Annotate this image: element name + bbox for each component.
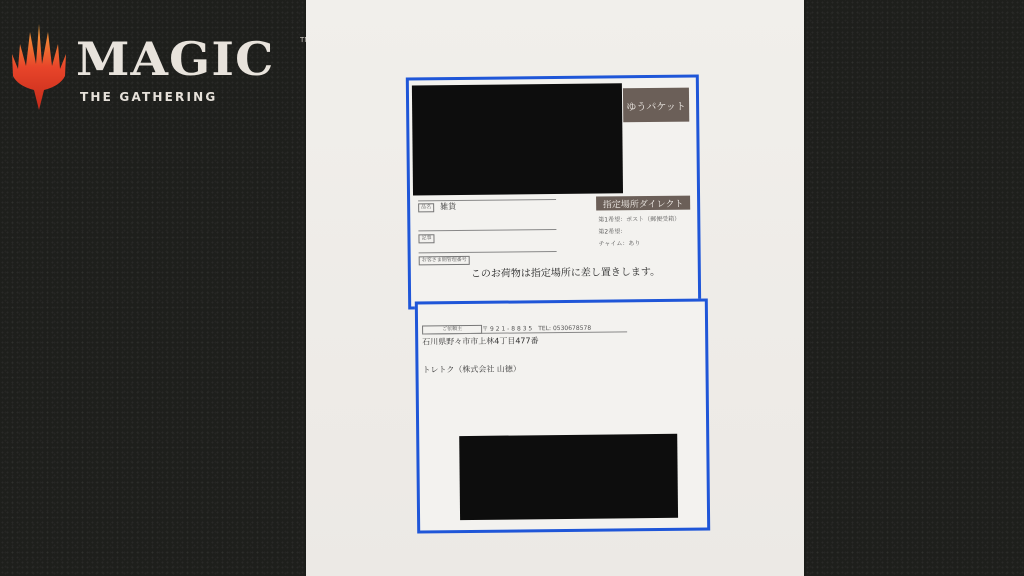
- redacted-barcode-block: [459, 434, 678, 520]
- logo-subtitle: THE GATHERING: [80, 90, 217, 104]
- chime-setting: チャイム：あり: [598, 238, 640, 247]
- item-value: 雑貨: [440, 201, 456, 212]
- note-label: 記事: [418, 234, 434, 243]
- reference-label: お客さま側管理番号: [419, 256, 470, 266]
- redacted-recipient-block: [412, 83, 623, 195]
- delivery-notice: このお荷物は指定場所に差し置きします。: [471, 263, 660, 280]
- planeswalker-crest-icon: [10, 24, 68, 112]
- magic-the-gathering-logo: MAGIC TM THE GATHERING: [10, 22, 310, 112]
- delivery-preference-2: 第2希望：: [598, 226, 626, 235]
- divider-line: [418, 199, 556, 201]
- shipping-label-bottom: ご依頼主 〒 9 2 1 - 8 8 3 5 TEL: 0530678578 石…: [415, 298, 710, 533]
- divider-line: [419, 251, 557, 253]
- divider-line: [418, 229, 556, 231]
- delivery-preference-1: 第1希望：ポスト（郵便受箱）: [598, 214, 680, 224]
- sender-company: トレトク（株式会社 山徳）: [422, 363, 521, 375]
- logo-wordmark: MAGIC: [76, 36, 274, 82]
- sender-address: 石川県野々市市上林4丁目477番: [422, 335, 538, 347]
- service-tag: ゆうパケット: [623, 88, 689, 123]
- shipping-label-top: ゆうパケット 品名 雑貨 記事 お客さま側管理番号 指定場所ダイレクト 第1希望…: [406, 74, 701, 309]
- item-label: 品名: [418, 203, 434, 212]
- delivery-option-tag: 指定場所ダイレクト: [596, 196, 690, 211]
